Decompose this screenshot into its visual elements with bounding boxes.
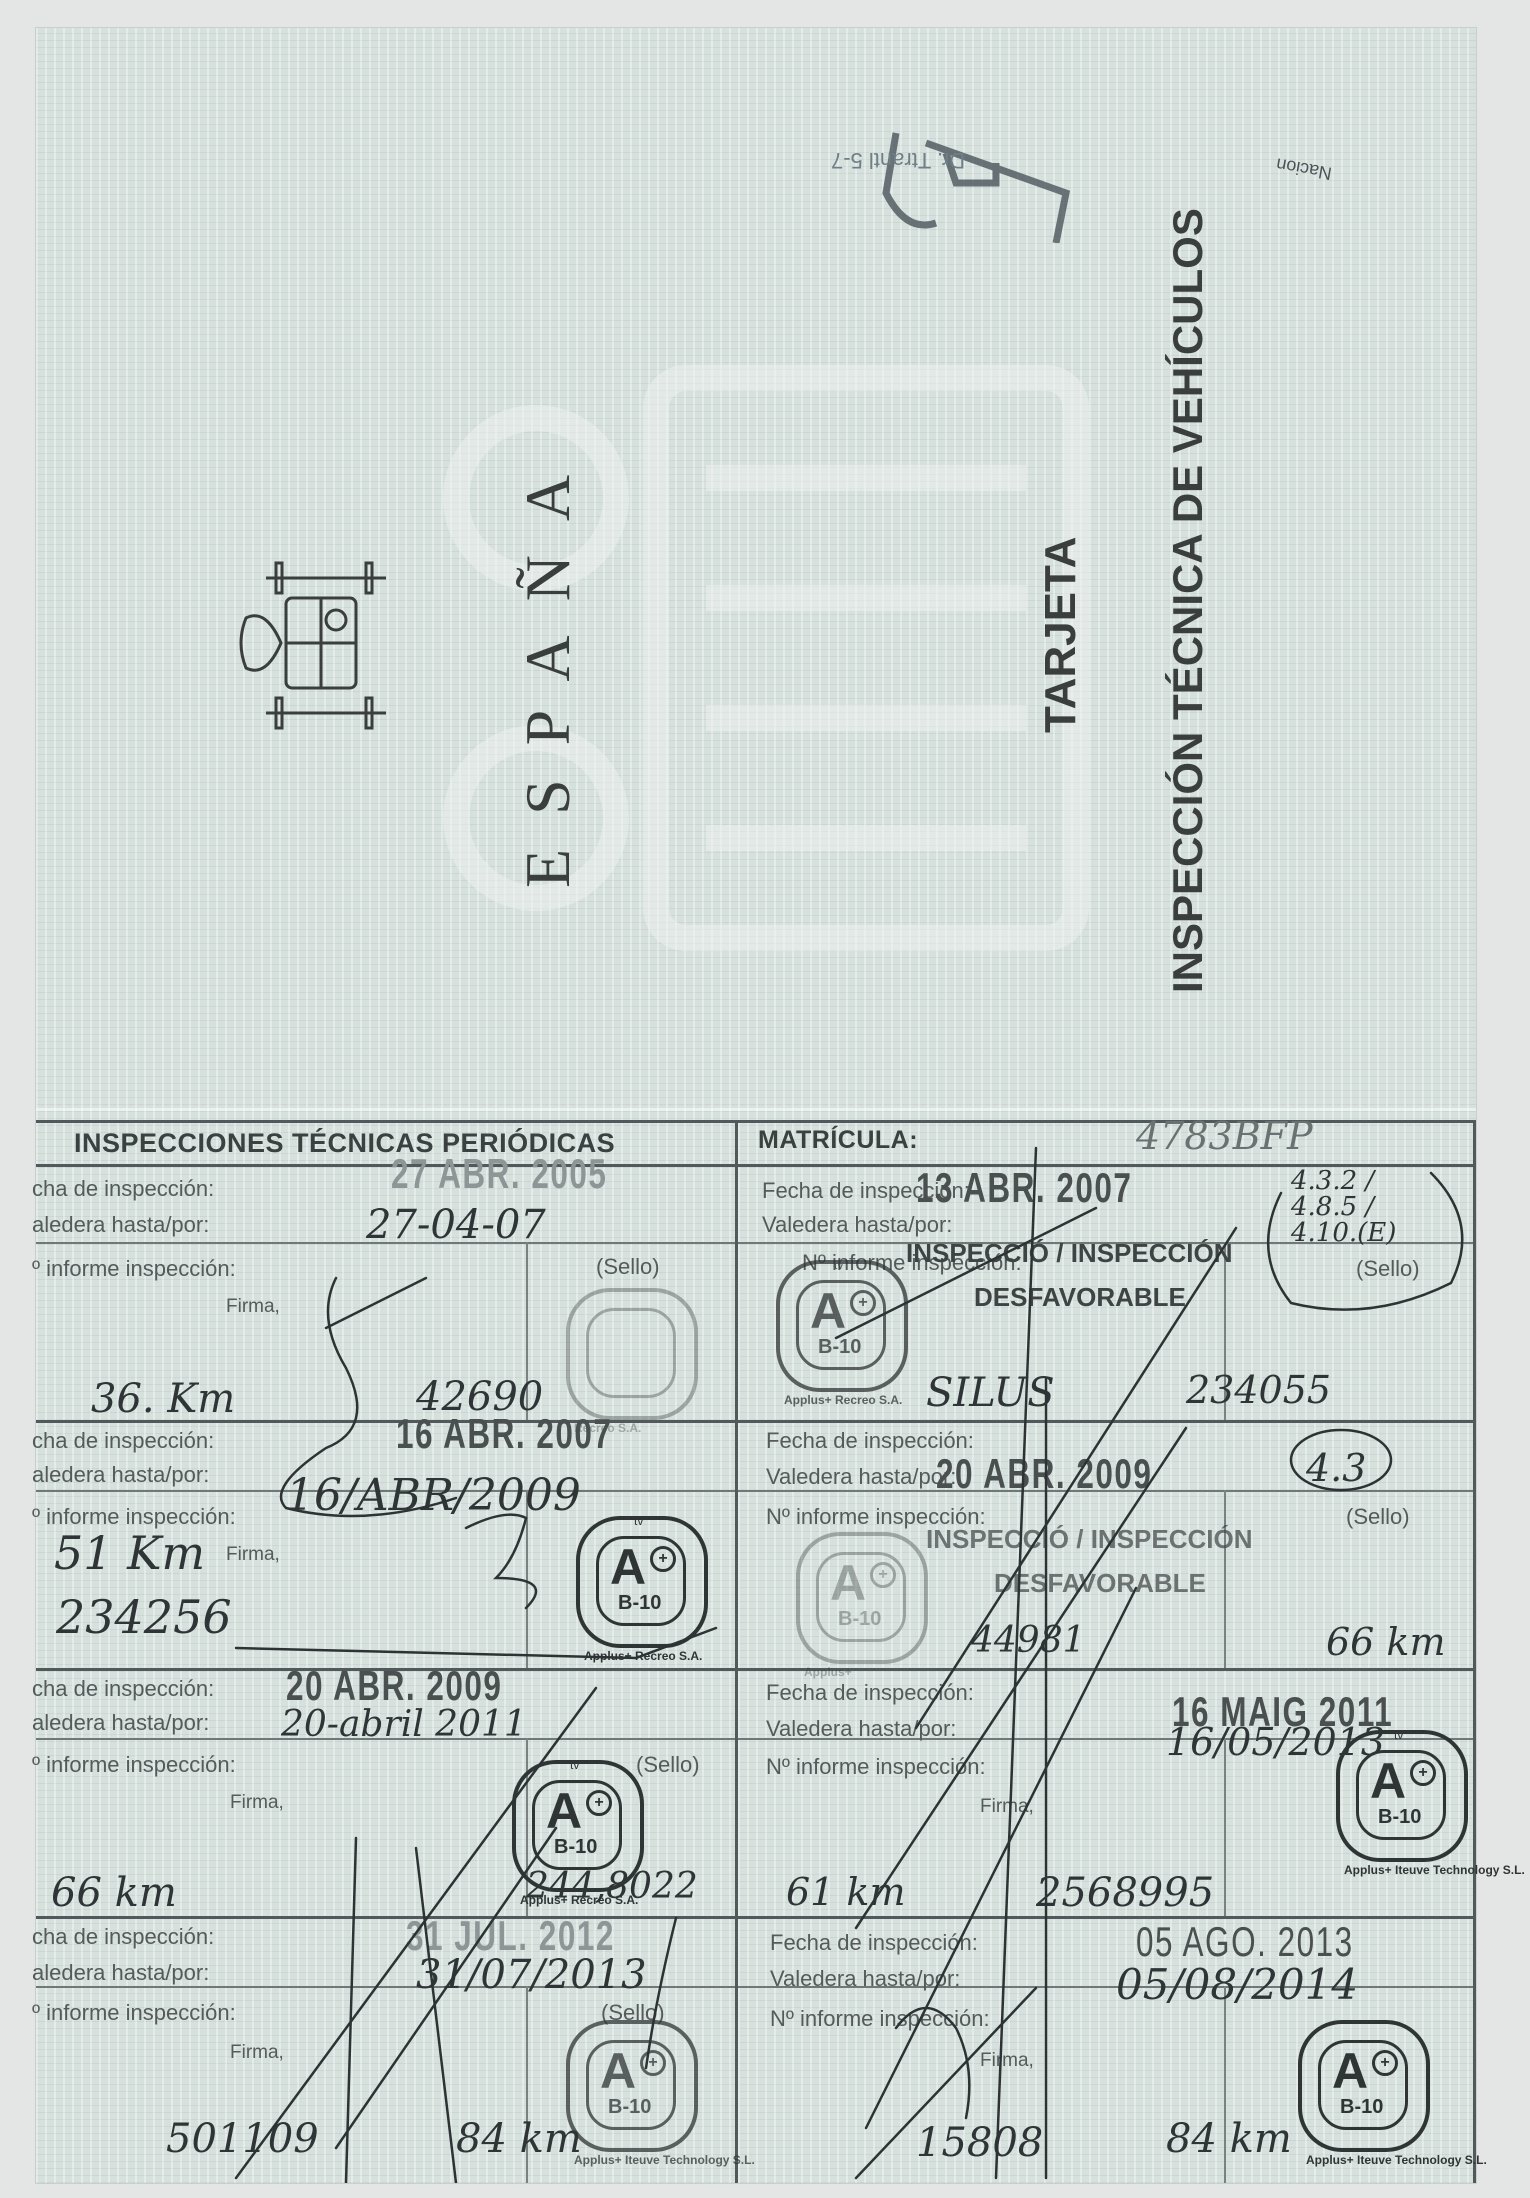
fecha-label: Fecha de inspección: <box>770 1930 978 1956</box>
subrow-divider <box>36 1490 1476 1492</box>
itv-seal-icon: Recreo S.A. <box>566 1288 696 1428</box>
informe-note: SILUS <box>926 1370 1055 1416</box>
km-value: 234055 <box>1186 1368 1331 1412</box>
nacion-stamp-text: Nacion <box>1275 153 1334 183</box>
circled-defect-code: 4.3 <box>1306 1446 1366 1490</box>
valedera-label: aledera hasta/por: <box>32 1960 209 1986</box>
result-stamp: INSPECCIÓ / INSPECCIÓN <box>906 1238 1233 1269</box>
card-title: TARJETA <box>1036 537 1086 733</box>
itv-seal-icon: tv A + B-10 Applus+ Recreo S.A. <box>576 1516 706 1656</box>
top-stamp-icon <box>866 123 1126 243</box>
seal-column-divider <box>1224 1490 1226 1668</box>
result-stamp-unfavorable: DESFAVORABLE <box>974 1282 1186 1313</box>
itv-seal-icon: tv A + B-10 Applus+ Iteuve Technology S.… <box>1336 1730 1466 1870</box>
country-title: ESPAÑA <box>511 441 585 888</box>
km-value: 66 km <box>1326 1620 1446 1664</box>
matricula-value: 4783BFP <box>1136 1114 1313 1158</box>
top-stamp-text: Dr. Ttrantl 5-7 <box>831 148 965 172</box>
fecha-label: cha de inspección: <box>32 1924 214 1950</box>
card-fold-line <box>36 1108 1476 1111</box>
fecha-label: cha de inspección: <box>32 1176 214 1202</box>
inspection-date-stamp: 20 ABR. 2009 <box>286 1662 502 1710</box>
inspection-table: INSPECCIONES TÉCNICAS PERIÓDICAS MATRÍCU… <box>36 1120 1476 2183</box>
informe-note: 36. Km <box>91 1376 235 1422</box>
card-subtitle: INSPECCIÓN TÉCNICA DE VEHÍCULOS <box>1164 208 1212 993</box>
itv-seal-icon: A + B-10 Applus+ Iteuve Technology S.L. <box>566 2020 696 2160</box>
firma-label: Firma, <box>226 1544 280 1566</box>
row-divider <box>36 1420 1476 1423</box>
inspection-date-stamp: 13 ABR. 2007 <box>916 1164 1132 1212</box>
table-right-border <box>1473 1120 1476 2183</box>
informe-label: º informe inspección: <box>32 1752 236 1778</box>
inspection-date-stamp: 05 AGO. 2013 <box>1136 1918 1354 1966</box>
valedera-label: Valedera hasta/por: <box>770 1966 960 1992</box>
km-value: 84 km <box>456 2116 582 2162</box>
inspection-date-stamp: 16 ABR. 2007 <box>396 1410 612 1458</box>
informe-note: 61 km <box>786 1870 906 1914</box>
sello-label: (Sello) <box>1356 1256 1420 1282</box>
matricula-label: MATRÍCULA: <box>758 1126 918 1155</box>
valid-until: 05/08/2014 <box>1116 1960 1358 2009</box>
firma-label: Firma, <box>226 1296 280 1318</box>
inspection-date-stamp: 20 ABR. 2009 <box>936 1450 1152 1498</box>
firma-label: Firma, <box>230 1792 284 1814</box>
subrow-divider <box>36 1242 1476 1244</box>
seal-company: Applus+ Iteuve Technology S.L. <box>1306 2154 1487 2167</box>
valedera-label: aledera hasta/por: <box>32 1462 209 1488</box>
firma-label: Firma, <box>980 1796 1034 1818</box>
column-divider <box>735 1120 738 2183</box>
valid-until: 16/ABR/2009 <box>286 1470 581 1521</box>
informe-label: Nº informe inspección: <box>770 2006 990 2032</box>
informe-note: 15808 <box>916 2120 1043 2166</box>
informe-note: 51 Km <box>54 1526 205 1580</box>
informe-label: º informe inspección: <box>32 1256 236 1282</box>
sello-label: (Sello) <box>596 1254 660 1280</box>
fecha-label: cha de inspección: <box>32 1676 214 1702</box>
firma-label: Firma, <box>980 2050 1034 2072</box>
valedera-label: Valedera hasta/por: <box>766 1464 956 1490</box>
informe-label: Nº informe inspección: <box>766 1754 986 1780</box>
circled-defect-codes: 4.3.2 / 4.8.5 / 4.10.(E) <box>1291 1168 1411 1246</box>
informe-note: 44981 <box>971 1620 1086 1661</box>
itv-seal-icon: A + B-10 Applus+ <box>796 1532 926 1672</box>
seal-company: Applus+ Recreo S.A. <box>584 1650 702 1663</box>
informe-note: 501109 <box>166 2116 319 2162</box>
seal-company: Applus+ <box>804 1666 852 1679</box>
result-stamp: INSPECCIÓ / INSPECCIÓN <box>926 1524 1253 1555</box>
row-divider <box>36 1668 1476 1671</box>
fecha-label: Fecha de inspección: <box>766 1680 974 1706</box>
seal-company: Applus+ Iteuve Technology S.L. <box>1344 1864 1525 1877</box>
km-value: 234256 <box>56 1590 232 1644</box>
itv-inspection-card: ESPAÑA TARJETA INSPECCIÓN TÉCNICA DE VEH… <box>36 28 1476 2183</box>
km-value: 84 km <box>1166 2116 1292 2162</box>
sello-label: (Sello) <box>1346 1504 1410 1530</box>
result-stamp-unfavorable: DESFAVORABLE <box>994 1568 1206 1599</box>
informe-label: º informe inspección: <box>32 2000 236 2026</box>
valedera-label: aledera hasta/por: <box>32 1710 209 1736</box>
fecha-label: cha de inspección: <box>32 1428 214 1454</box>
header-divider <box>36 1164 1476 1167</box>
sello-label: (Sello) <box>636 1752 700 1778</box>
itv-seal-icon: A + B-10 Applus+ Iteuve Technology S.L. <box>1298 2020 1428 2160</box>
valid-until: 31/07/2013 <box>416 1952 647 1998</box>
seal-company: Applus+ Iteuve Technology S.L. <box>574 2154 755 2167</box>
valedera-label: aledera hasta/por: <box>32 1212 209 1238</box>
seal-company: Applus+ Recreo S.A. <box>520 1894 638 1907</box>
itv-seal-icon: tv A + B-10 Applus+ Recreo S.A. <box>776 1260 906 1400</box>
seal-company: Applus+ Recreo S.A. <box>784 1394 902 1407</box>
firma-label: Firma, <box>230 2042 284 2064</box>
inspection-date-stamp: 27 ABR. 2005 <box>391 1150 607 1198</box>
km-value: 2568995 <box>1036 1870 1214 1916</box>
itv-seal-icon: tv A + B-10 Applus+ Recreo S.A. <box>512 1760 642 1900</box>
seal-column-divider <box>1224 1738 1226 1916</box>
informe-note: 66 km <box>51 1870 177 1916</box>
valid-until: 20-abril 2011 <box>281 1704 527 1745</box>
coat-of-arms-icon <box>226 558 426 758</box>
valid-until: 27-04-07 <box>366 1202 546 1248</box>
valedera-label: Valedera hasta/por: <box>762 1212 952 1238</box>
valedera-label: Valedera hasta/por: <box>766 1716 956 1742</box>
